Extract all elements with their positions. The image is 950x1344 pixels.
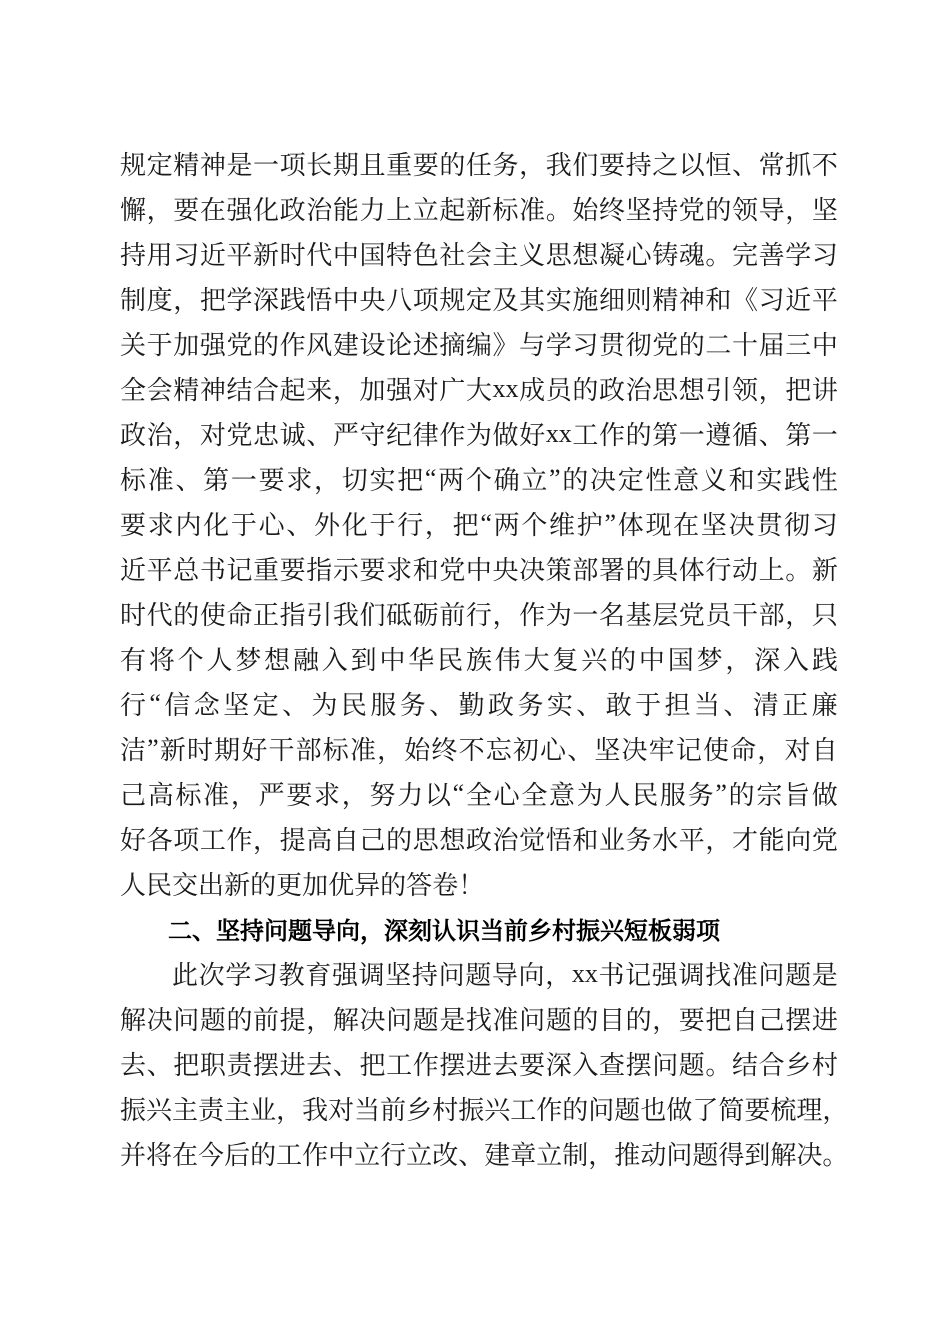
paragraph-line: 标准、第一要求，切实把“两个确立”的决定性意义和实践性 bbox=[120, 456, 838, 501]
paragraph-line: 洁”新时期好干部标准，始终不忘初心、坚决牢记使命，对自 bbox=[120, 726, 838, 771]
paragraph-line: 好各项工作，提高自己的思想政治觉悟和业务水平，才能向党 bbox=[120, 816, 838, 861]
paragraph-line: 人民交出新的更加优异的答卷！ bbox=[120, 861, 838, 906]
paragraph-line: 制度，把学深践悟中央八项规定及其实施细则精神和《习近平 bbox=[120, 276, 838, 321]
paragraph-line: 要求内化于心、外化于行，把“两个维护”体现在坚决贯彻习 bbox=[120, 501, 838, 546]
paragraph-line: 解决问题的前提，解决问题是找准问题的目的，要把自己摆进 bbox=[120, 996, 838, 1041]
paragraph-line: 时代的使命正指引我们砥砺前行，作为一名基层党员干部，只 bbox=[120, 591, 838, 636]
paragraph-line: 近平总书记重要指示要求和党中央决策部署的具体行动上。新 bbox=[120, 546, 838, 591]
paragraph-line: 关于加强党的作风建设论述摘编》与学习贯彻党的二十届三中 bbox=[120, 321, 838, 366]
document-page: 规定精神是一项长期且重要的任务，我们要持之以恒、常抓不懈，要在强化政治能力上立起… bbox=[0, 0, 950, 1344]
paragraph-line: 此次学习教育强调坚持问题导向，xx书记强调找准问题是 bbox=[120, 951, 838, 996]
paragraph-line: 并将在今后的工作中立行立改、建章立制，推动问题得到解决。 bbox=[120, 1131, 838, 1176]
paragraph-line: 全会精神结合起来，加强对广大xx成员的政治思想引领，把讲 bbox=[120, 366, 838, 411]
paragraph-line: 政治，对党忠诚、严守纪律作为做好xx工作的第一遵循、第一 bbox=[120, 411, 838, 456]
paragraph-line: 振兴主责主业，我对当前乡村振兴工作的问题也做了简要梳理， bbox=[120, 1086, 838, 1131]
paragraph-line: 行“信念坚定、为民服务、勤政务实、敢于担当、清正廉 bbox=[120, 681, 838, 726]
paragraph-line: 规定精神是一项长期且重要的任务，我们要持之以恒、常抓不 bbox=[120, 141, 838, 186]
paragraph-line: 懈，要在强化政治能力上立起新标准。始终坚持党的领导，坚 bbox=[120, 186, 838, 231]
document-body: 规定精神是一项长期且重要的任务，我们要持之以恒、常抓不懈，要在强化政治能力上立起… bbox=[120, 141, 838, 1176]
section-heading: 二、坚持问题导向，深刻认识当前乡村振兴短板弱项 bbox=[120, 906, 838, 951]
paragraph-line: 己高标准，严要求，努力以“全心全意为人民服务”的宗旨做 bbox=[120, 771, 838, 816]
paragraph-line: 有将个人梦想融入到中华民族伟大复兴的中国梦，深入践 bbox=[120, 636, 838, 681]
paragraph-line: 去、把职责摆进去、把工作摆进去要深入查摆问题。结合乡村 bbox=[120, 1041, 838, 1086]
paragraph-line: 持用习近平新时代中国特色社会主义思想凝心铸魂。完善学习 bbox=[120, 231, 838, 276]
